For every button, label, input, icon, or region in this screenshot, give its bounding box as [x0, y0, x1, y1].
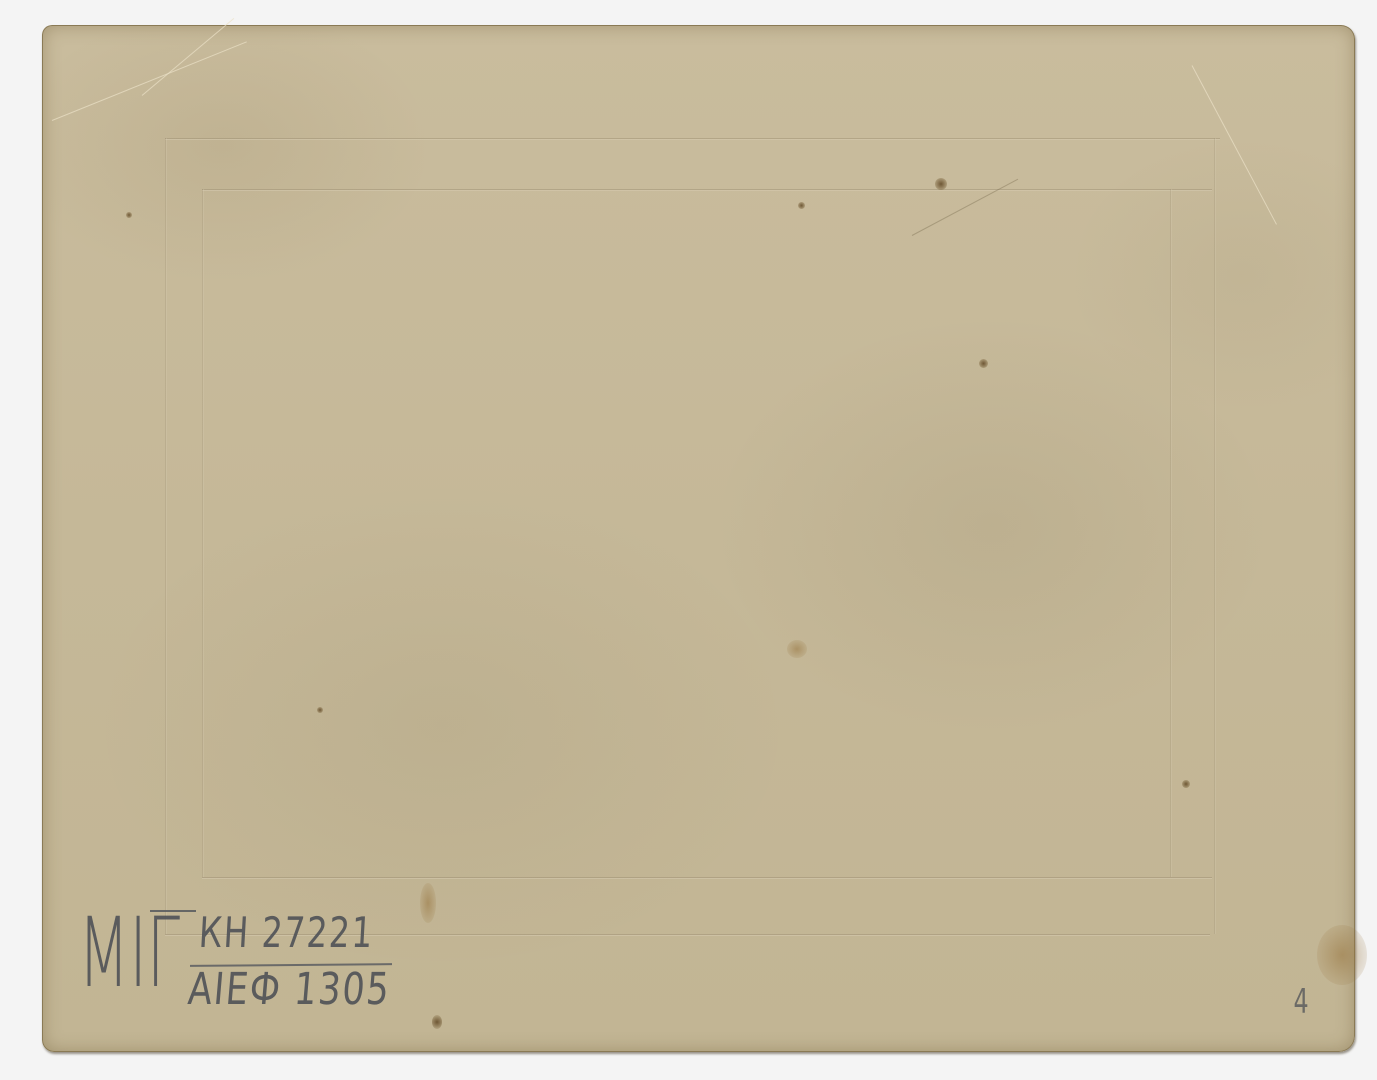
stain-center [787, 640, 807, 658]
foxing-spot [126, 212, 132, 218]
foxing-spot [798, 202, 805, 209]
crease-top-left-2 [142, 18, 235, 96]
embossed-frame-line-top-inner [202, 189, 1212, 191]
inscription-collection-code: МІГ [78, 905, 180, 1001]
photo-card-back [42, 25, 1355, 1052]
inscription-arrow-stroke [150, 910, 196, 912]
foxing-spot [979, 359, 988, 368]
stain-near-inscription [420, 883, 436, 923]
foxing-spot [317, 707, 323, 713]
inscription-corner-mark: 4 [1294, 985, 1311, 1019]
inscription-archive-number: АІЕФ 1305 [186, 968, 392, 1012]
foxing-spot [1182, 780, 1190, 788]
embossed-frame-line-right-inner [1170, 189, 1172, 877]
embossed-frame-line-left-outer [165, 138, 167, 934]
foxing-spot [935, 178, 947, 190]
crease-top-right [1192, 65, 1277, 224]
embossed-frame-line-right-outer [1214, 138, 1216, 934]
embossed-frame-line-bottom-inner [202, 877, 1212, 879]
stain-bottom-right [1317, 925, 1367, 985]
crease-right-diagonal [912, 179, 1018, 236]
inscription-inventory-number: КН 27221 [198, 912, 375, 954]
embossed-frame-line-left-inner [202, 189, 204, 877]
embossed-frame-line-top-outer [165, 138, 1220, 140]
foxing-spot [432, 1015, 442, 1029]
crease-top-left [52, 41, 247, 121]
